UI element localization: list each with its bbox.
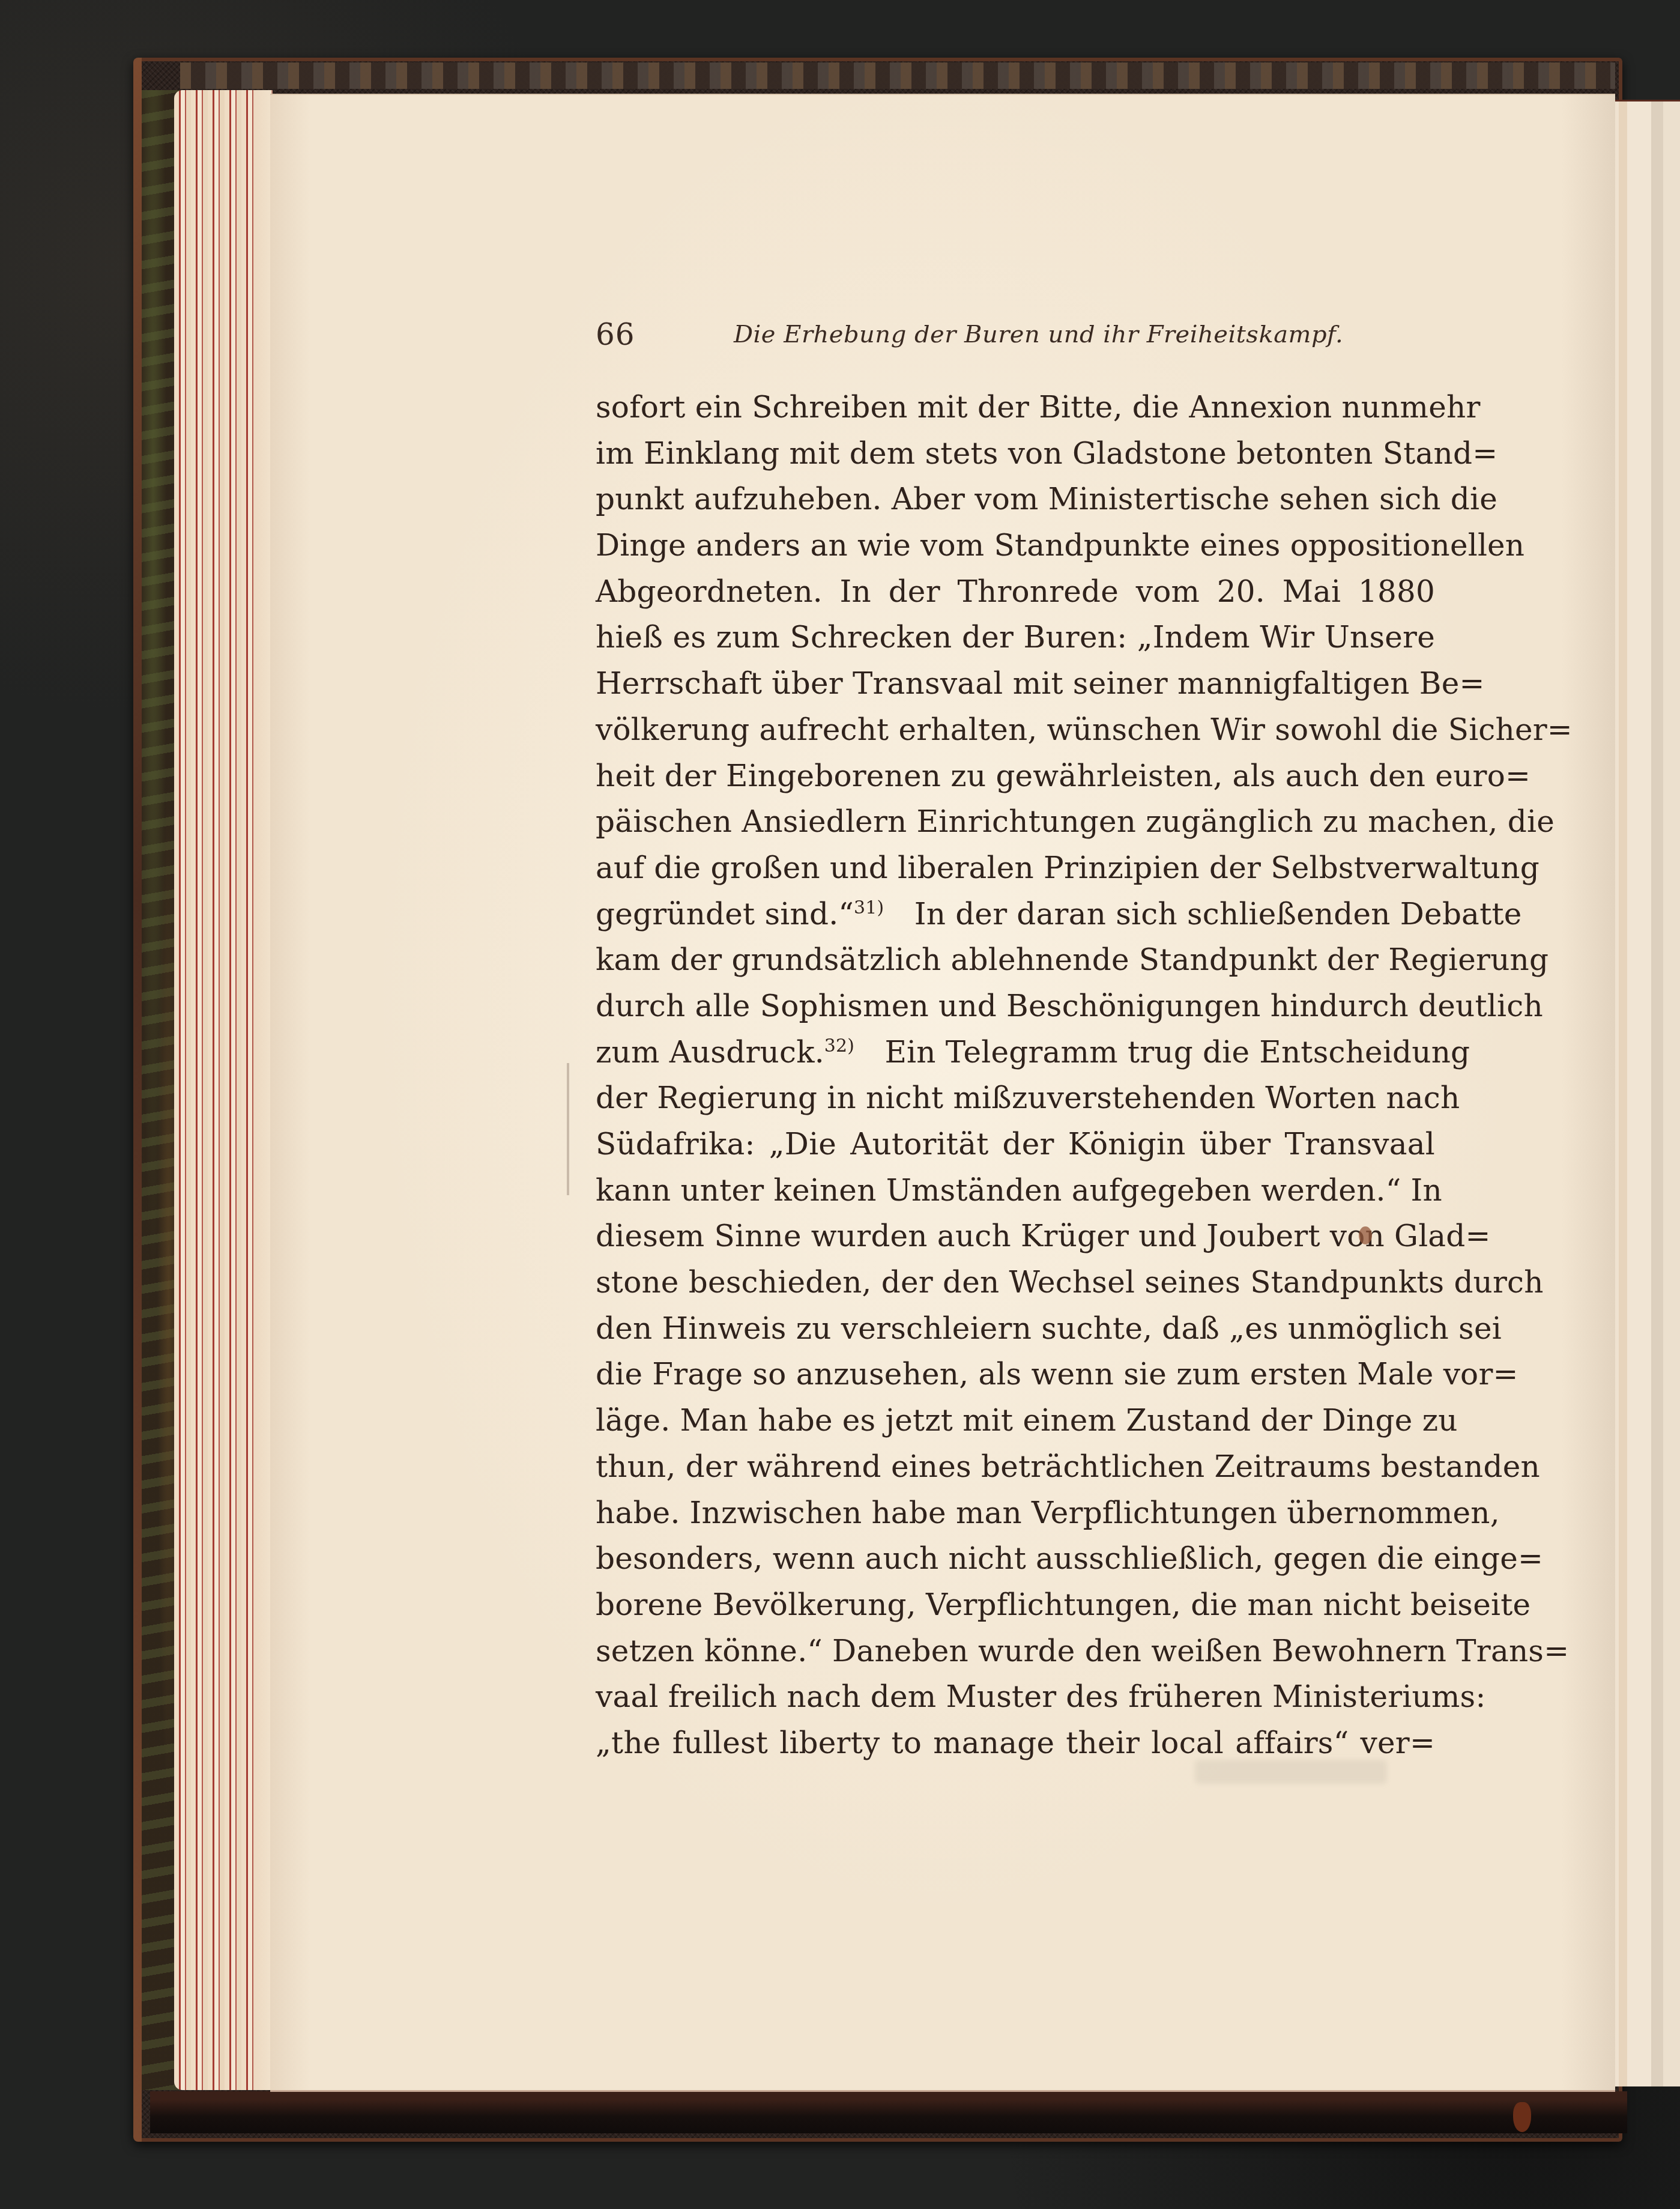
bottom-board-edge bbox=[150, 2091, 1627, 2133]
text-line: heit der Eingeborenen zu gewährleisten, … bbox=[596, 753, 1435, 799]
binding-thread-stub bbox=[1513, 2102, 1531, 2132]
show-through-text bbox=[1195, 1760, 1387, 1784]
cover-worn-edge bbox=[133, 58, 142, 2142]
foxing-stain bbox=[1359, 1226, 1372, 1244]
quote-end: gegründet sind.“ bbox=[596, 897, 854, 932]
text-line: Dinge anders an wie vom Standpunkte eine… bbox=[596, 523, 1435, 569]
line-continuation: Ein Telegramm trug die Entscheidung bbox=[884, 1035, 1470, 1070]
text-line: vaal freilich nach dem Muster des früher… bbox=[596, 1674, 1435, 1720]
text-line: im Einklang mit dem stets von Gladstone … bbox=[596, 431, 1435, 477]
text-line: punkt aufzuheben. Aber vom Ministertisch… bbox=[596, 476, 1435, 523]
text-line-with-footnote: gegründet sind.“31) In der daran sich sc… bbox=[596, 891, 1435, 938]
left-page-stack-edge bbox=[252, 90, 273, 2090]
text-line: auf die großen und liberalen Prinzipien … bbox=[596, 845, 1435, 891]
right-page-stack bbox=[1615, 100, 1680, 2086]
sentence-end: zum Ausdruck. bbox=[596, 1035, 824, 1070]
text-line: hieß es zum Schrecken der Buren: „Indem … bbox=[596, 614, 1435, 661]
text-line: besonders, wenn auch nicht ausschließlic… bbox=[596, 1536, 1435, 1582]
top-board-edge bbox=[180, 62, 1615, 89]
running-header: 66 Die Erhebung der Buren und ihr Freihe… bbox=[596, 317, 1436, 356]
text-line: päischen Ansiedlern Einrichtungen zugäng… bbox=[596, 799, 1435, 845]
footnote-ref-32: 32) bbox=[824, 1035, 854, 1056]
text-line: habe. Inzwischen habe man Verpflichtunge… bbox=[596, 1490, 1435, 1536]
footnote-ref-31: 31) bbox=[854, 897, 884, 918]
running-head-title: Die Erhebung der Buren und ihr Freiheits… bbox=[734, 321, 1343, 348]
text-line-with-footnote: zum Ausdruck.32) Ein Telegramm trug die … bbox=[596, 1029, 1435, 1076]
text-line: borene Bevölkerung, Verpflichtungen, die… bbox=[596, 1582, 1435, 1628]
text-line: den Hinweis zu verschleiern suchte, daß … bbox=[596, 1306, 1435, 1352]
text-line: Abgeordneten. In der Thronrede vom 20. M… bbox=[596, 569, 1435, 615]
text-line: kann unter keinen Umständen aufgegeben w… bbox=[596, 1168, 1435, 1214]
text-line: kam der grundsätzlich ablehnende Standpu… bbox=[596, 937, 1435, 983]
body-text: sofort ein Schreiben mit der Bitte, die … bbox=[596, 384, 1435, 1766]
page-number: 66 bbox=[596, 317, 635, 352]
line-continuation: In der daran sich schließenden Debatte bbox=[914, 897, 1522, 932]
text-line: stone beschieden, der den Wechsel seines… bbox=[596, 1259, 1435, 1306]
text-line: Südafrika: „Die Autorität der Königin üb… bbox=[596, 1121, 1435, 1168]
text-line: sofort ein Schreiben mit der Bitte, die … bbox=[596, 384, 1435, 431]
pencil-margin-mark bbox=[567, 1063, 569, 1195]
text-line: der Regierung in nicht mißzuverstehenden… bbox=[596, 1075, 1435, 1121]
text-line: durch alle Sophismen und Beschönigungen … bbox=[596, 983, 1435, 1029]
text-line: setzen könne.“ Daneben wurde den weißen … bbox=[596, 1628, 1435, 1674]
text-line: thun, der während eines beträchtlichen Z… bbox=[596, 1444, 1435, 1490]
text-line: läge. Man habe es jetzt mit einem Zustan… bbox=[596, 1398, 1435, 1444]
text-line: die Frage so anzusehen, als wenn sie zum… bbox=[596, 1351, 1435, 1398]
text-line: völkerung aufrecht erhalten, wünschen Wi… bbox=[596, 707, 1435, 753]
left-page-stack bbox=[174, 90, 264, 2090]
text-line: Herrschaft über Transvaal mit seiner man… bbox=[596, 661, 1435, 707]
text-line: diesem Sinne wurden auch Krüger und Joub… bbox=[596, 1213, 1435, 1259]
